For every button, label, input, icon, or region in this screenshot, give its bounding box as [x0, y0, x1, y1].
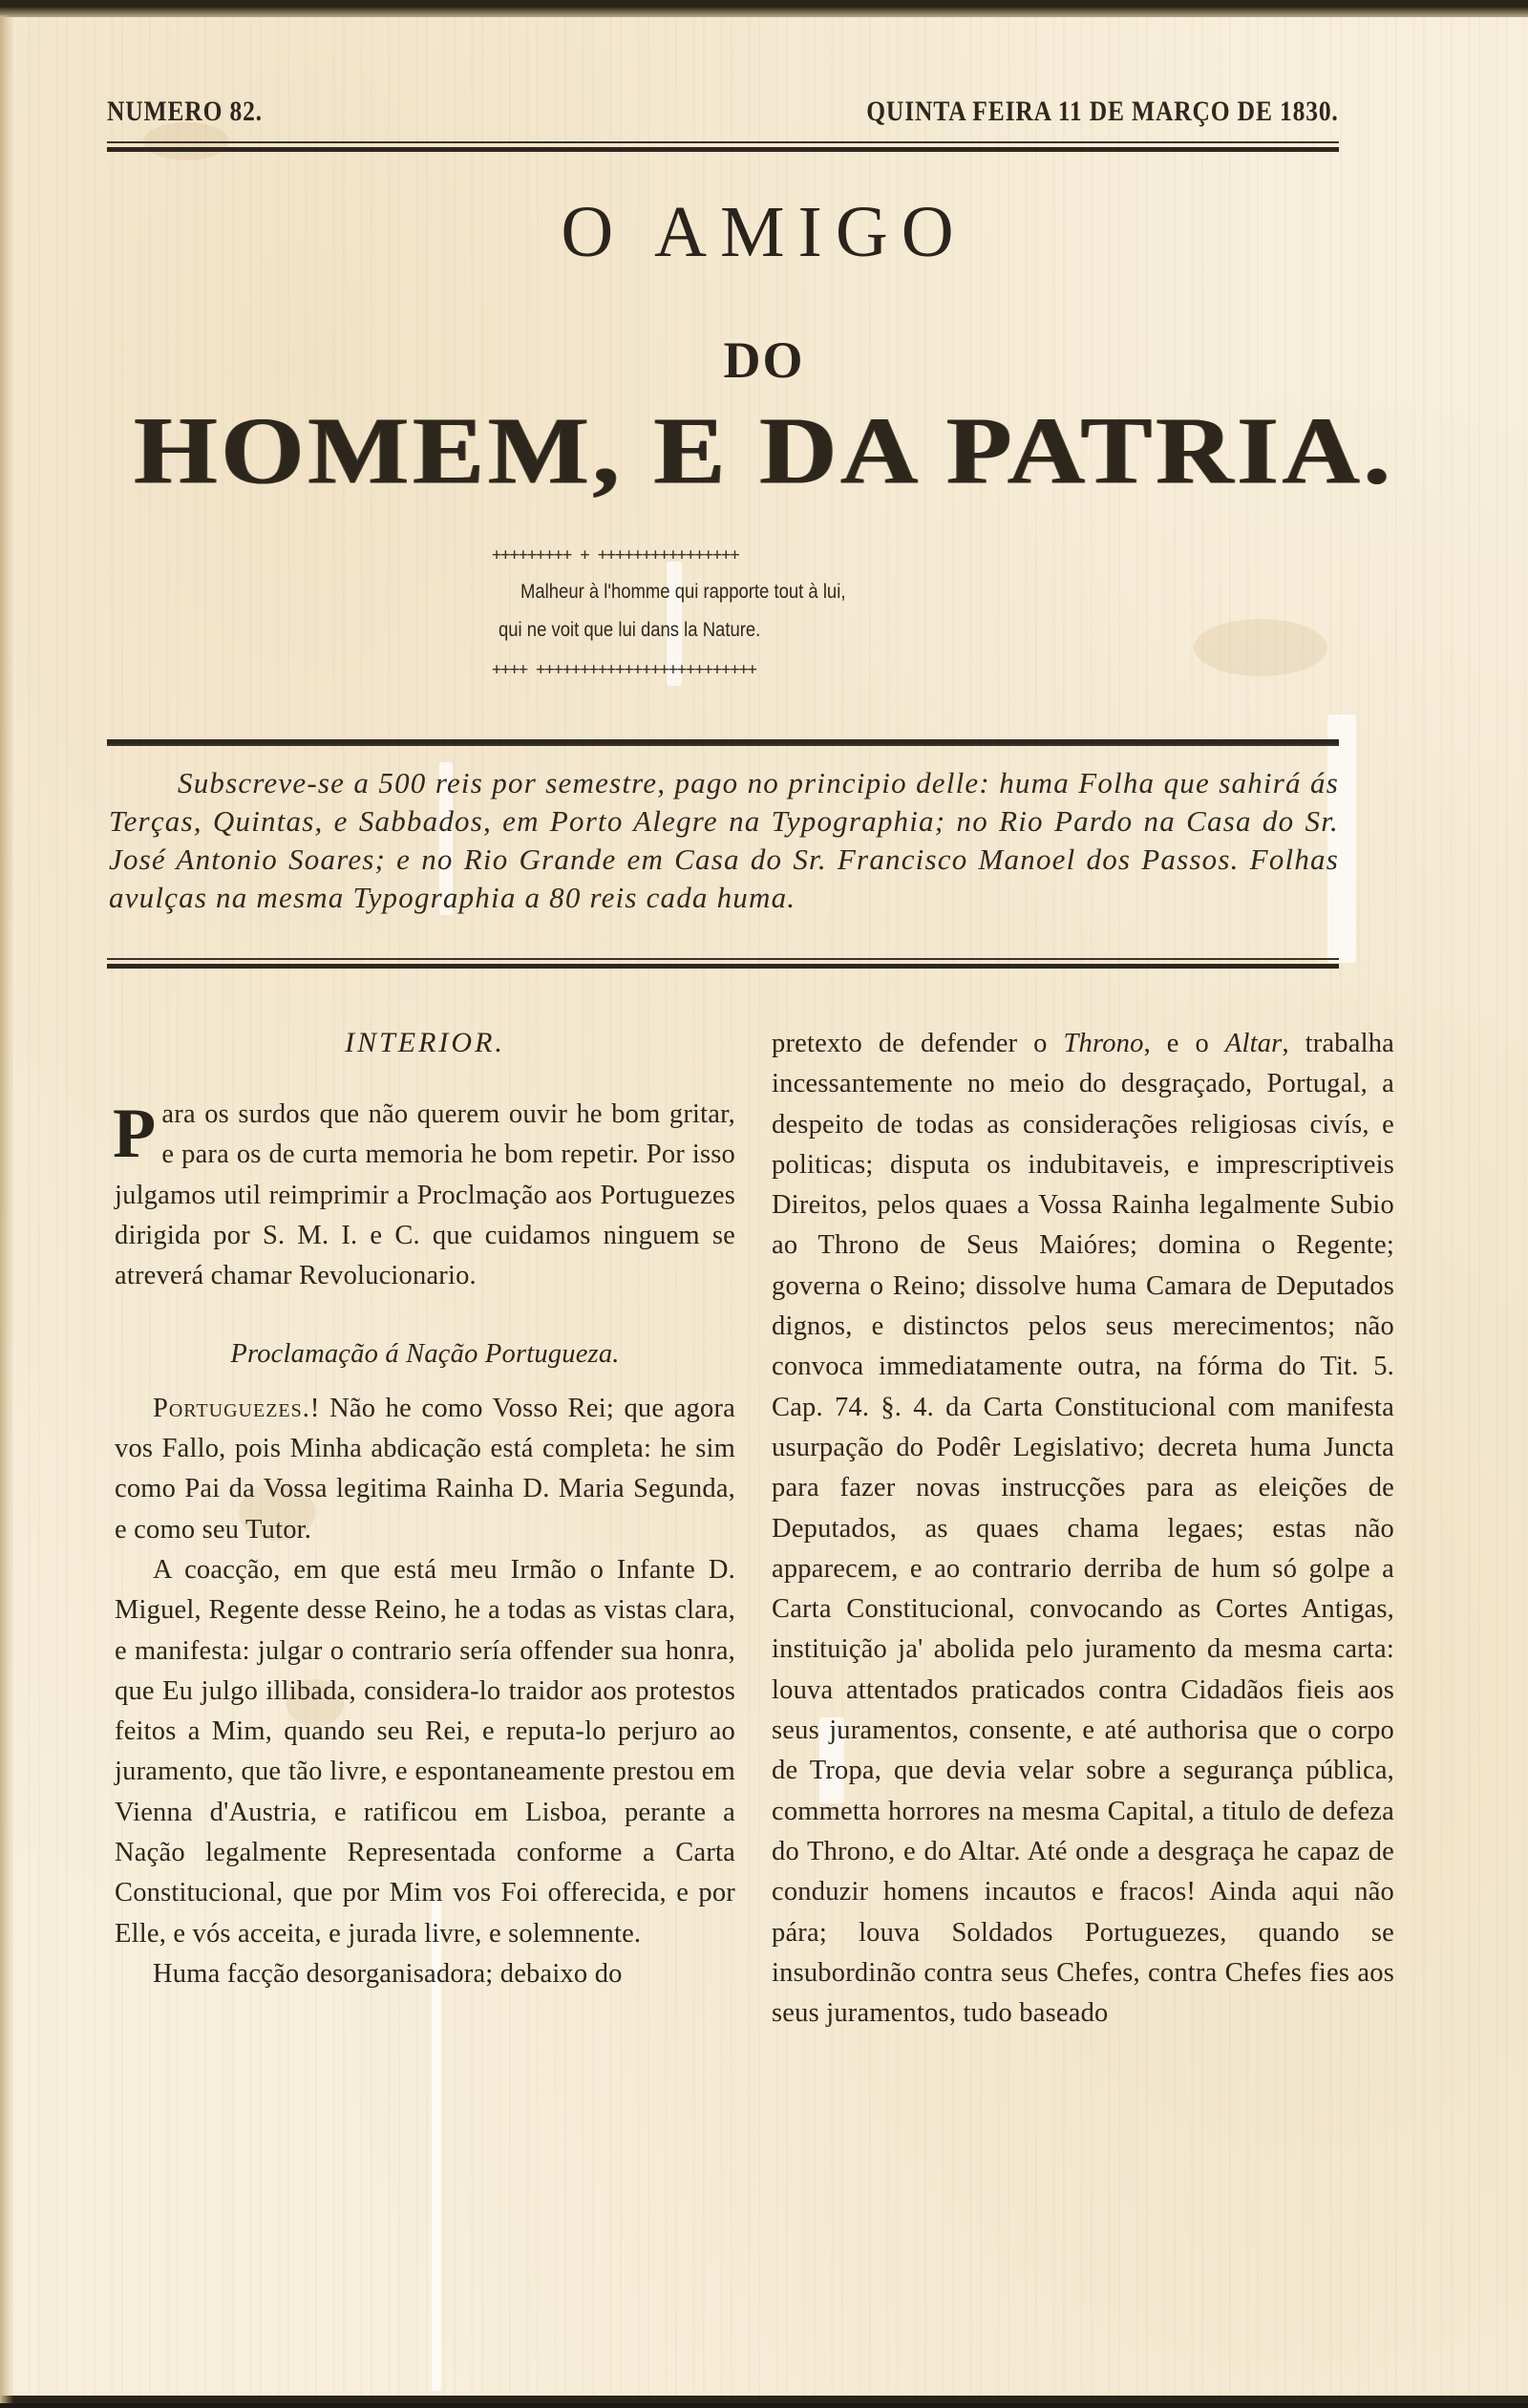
motto-line1: Malheur à l'homme qui rapporte tout à lu…: [520, 581, 991, 604]
issue-date: QUINTA FEIRA 11 DE MARÇO DE 1830.: [867, 96, 1339, 128]
issue-number: NUMERO 82.: [107, 96, 263, 128]
article-intro: Para os surdos que não querem ouvir he b…: [115, 1095, 735, 1296]
motto-line2: qui ne voit que lui dans la Nature.: [499, 619, 969, 642]
emphasis-altar: Altar: [1225, 1029, 1283, 1058]
newspaper-page: NUMERO 82. QUINTA FEIRA 11 DE MARÇO DE 1…: [0, 8, 1528, 2396]
ornament-rule-bottom: ++++ +++++++++++++++++++++++++: [492, 660, 988, 679]
article-intro-text: ara os surdos que não querem ouvir he bo…: [115, 1099, 735, 1290]
drop-cap: P: [113, 1106, 156, 1161]
paragraph-text: pretexto de defender o: [772, 1029, 1064, 1058]
newspaper-title-line3: HOMEM, E DA PATRIA.: [0, 395, 1528, 506]
article-paragraph: A coacção, em que está meu Irmão o Infan…: [115, 1550, 735, 1954]
ornament-rule-top: +++++++++ + ++++++++++++++++: [492, 545, 988, 565]
paragraph-text: , trabalha incessantemente no meio do de…: [772, 1029, 1394, 2028]
paragraph-lead: Portuguezes.: [153, 1394, 310, 1423]
emphasis-throne: Throno: [1064, 1029, 1144, 1058]
article-paragraph: Huma facção desorganisadora; debaixo do: [115, 1954, 735, 1994]
newspaper-title-line2: DO: [0, 330, 1528, 390]
article-paragraph: Portuguezes.! Não he como Vosso Rei; que…: [115, 1389, 735, 1550]
proclamation-title: Proclamação á Nação Portugueza.: [115, 1334, 735, 1374]
page-top-edge: [0, 8, 1528, 17]
article-paragraph-continued: pretexto de defender o Throno, e o Altar…: [772, 1024, 1394, 2034]
paper-stain: [1194, 619, 1327, 676]
masthead-rule: [107, 141, 1339, 152]
page-bottom-edge: [0, 2403, 1528, 2408]
paragraph-text: A coacção, em que está meu Irmão o Infan…: [115, 1555, 735, 1949]
subscription-notice: Subscreve-se a 500 reis por semestre, pa…: [109, 764, 1339, 917]
masthead-line: NUMERO 82. QUINTA FEIRA 11 DE MARÇO DE 1…: [107, 96, 1339, 134]
article-column-left: INTERIOR. Para os surdos que não querem …: [115, 1020, 735, 1994]
subscription-rule-bottom: [107, 958, 1339, 969]
paragraph-text: , e o: [1144, 1029, 1225, 1058]
article-column-right: pretexto de defender o Throno, e o Altar…: [772, 1024, 1394, 2034]
paragraph-text: Huma facção desorganisadora; debaixo do: [153, 1959, 623, 1989]
newspaper-title-line1: O AMIGO: [0, 191, 1528, 274]
section-heading: INTERIOR.: [115, 1020, 735, 1066]
subscription-rule-top: [107, 735, 1339, 746]
